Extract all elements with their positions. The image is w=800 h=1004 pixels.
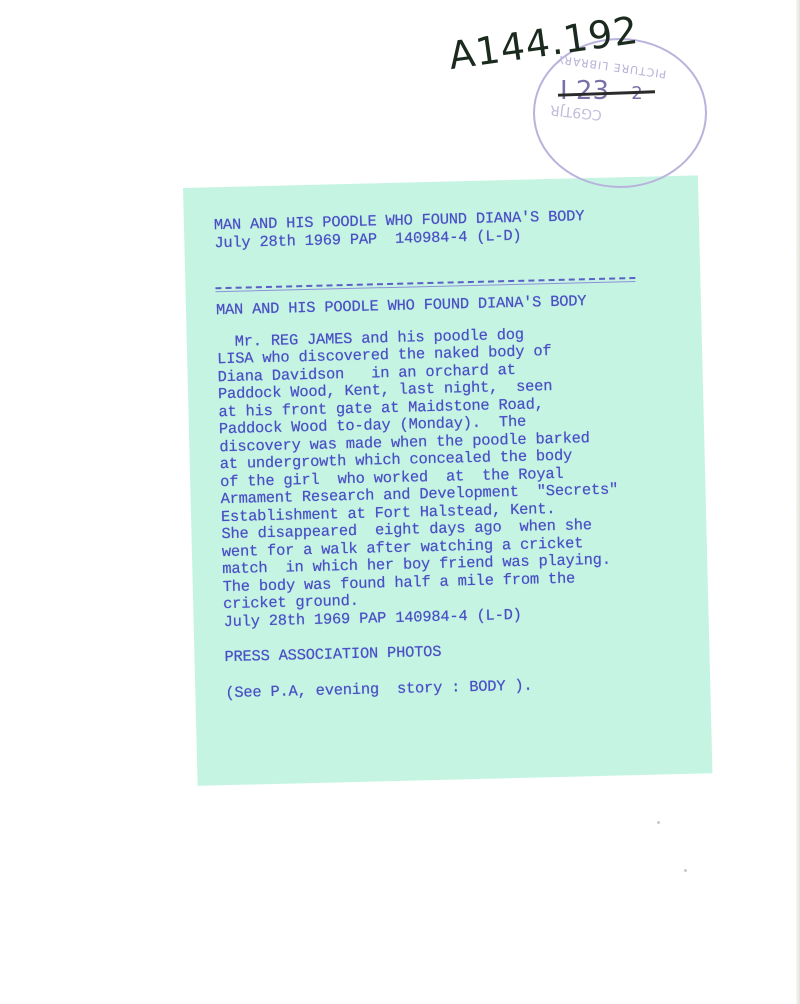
- caption-card: MAN AND HIS POODLE WHO FOUND DIANA'S BOD…: [183, 175, 712, 785]
- scan-edge: [796, 0, 800, 1004]
- dust-speck: [684, 869, 687, 872]
- crossed-out-reference-text: I 23: [560, 76, 609, 106]
- story-body: Mr. REG JAMES and his poodle dog LISA wh…: [217, 323, 674, 614]
- crossed-out-reference: I 23 2: [560, 76, 643, 106]
- caption-text-block: MAN AND HIS POODLE WHO FOUND DIANA'S BOD…: [214, 206, 676, 702]
- separator-rule: [215, 277, 635, 292]
- dust-speck: [657, 821, 660, 824]
